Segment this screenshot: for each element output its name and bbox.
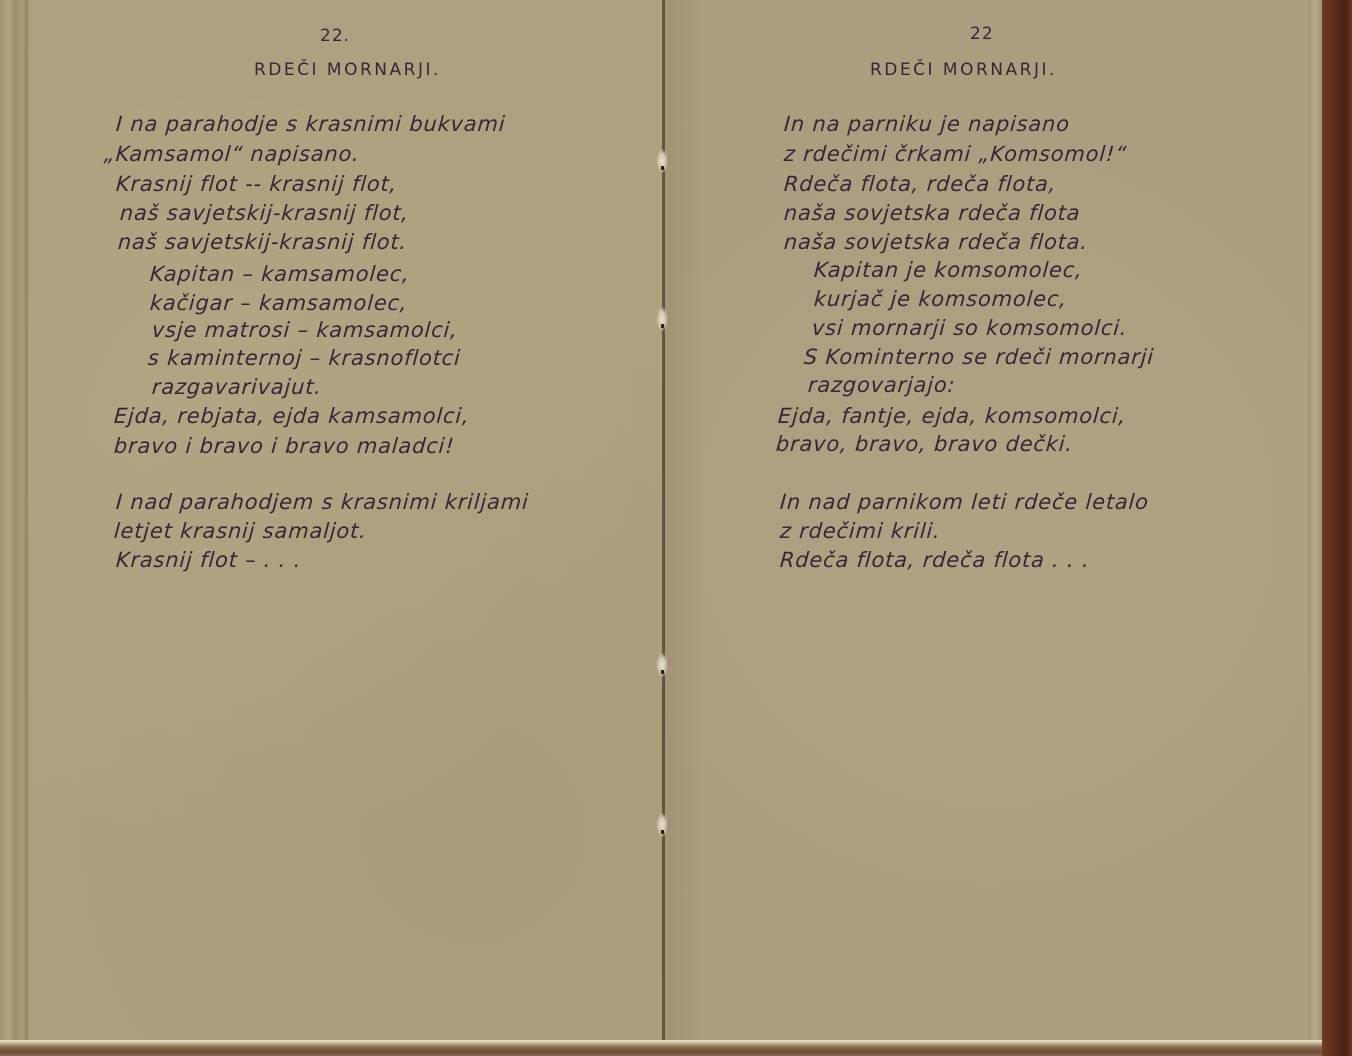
- left-page: 22. RDEČI MORNARJI. I na parahodje s kra…: [28, 0, 664, 1040]
- verse-line: kurjač je komsomolec,: [813, 287, 1067, 311]
- verse-line: In na parniku je napisano: [783, 112, 1071, 136]
- left-page-number: 22.: [320, 26, 350, 46]
- verse-line: Rdeča flota, rdeča flota . . .: [779, 548, 1090, 572]
- verse-line: s kaminternoj – krasnoflotci: [147, 346, 461, 370]
- verse-line: razgovarjajo:: [807, 373, 956, 397]
- verse-line: naša sovjetska rdeča flota.: [783, 230, 1089, 254]
- verse-line: I nad parahodjem s krasnimi kriljami: [115, 490, 529, 514]
- book-bottom-edge: [0, 1040, 1322, 1056]
- left-page-title: RDEČI MORNARJI.: [254, 60, 441, 80]
- verse-line: kačigar – kamsamolec,: [149, 291, 408, 315]
- binding-stitch: [656, 812, 668, 838]
- verse-line: bravo, bravo, bravo dečki.: [775, 432, 1074, 456]
- verse-line: bravo i bravo i bravo maladci!: [113, 434, 455, 458]
- binding-stitch: [656, 306, 668, 332]
- verse-line: naš savjetskij-krasnij flot.: [117, 230, 408, 254]
- verse-line: Kapitan – kamsamolec,: [149, 262, 410, 286]
- right-page-stack-edge: [1308, 0, 1322, 1042]
- verse-line: naša sovjetska rdeča flota: [783, 201, 1081, 225]
- book-spread: 22. RDEČI MORNARJI. I na parahodje s kra…: [0, 0, 1352, 1056]
- verse-line: Krasnij flot -- krasnij flot,: [115, 172, 398, 196]
- verse-line: I na parahodje s krasnimi bukvami: [115, 112, 506, 136]
- right-page: 22 RDEČI MORNARJI. In na parniku je napi…: [664, 0, 1310, 1040]
- verse-line: naš savjetskij-krasnij flot,: [119, 201, 410, 225]
- verse-line: z rdečimi krili.: [779, 519, 941, 543]
- book-cover-edge: [1322, 0, 1352, 1056]
- right-page-title: RDEČI MORNARJI.: [870, 60, 1057, 80]
- verse-line: Kapitan je komsomolec,: [813, 258, 1083, 282]
- verse-line: Rdeča flota, rdeča flota,: [783, 172, 1057, 196]
- verse-line: Krasnij flot – . . .: [115, 548, 302, 572]
- binding-stitch: [656, 148, 668, 174]
- verse-line: Ejda, rebjata, ejda kamsamolci,: [113, 404, 470, 428]
- binding-stitch: [656, 652, 668, 678]
- verse-line: S Kominterno se rdeči mornarji: [803, 345, 1155, 369]
- verse-line: „Kamsamol“ napisano.: [103, 142, 360, 166]
- verse-line: letjet krasnij samaljot.: [113, 519, 367, 543]
- verse-line: Ejda, fantje, ejda, komsomolci,: [777, 404, 1127, 428]
- verse-line: z rdečimi črkami „Komsomol!“: [783, 142, 1128, 166]
- verse-line: vsje matrosi – kamsamolci,: [151, 318, 458, 342]
- left-page-stack-edge: [0, 0, 28, 1042]
- verse-line: In nad parnikom leti rdeče letalo: [779, 490, 1150, 514]
- verse-line: razgavarivajut.: [151, 375, 323, 399]
- verse-line: vsi mornarji so komsomolci.: [811, 316, 1128, 340]
- right-page-number: 22: [970, 24, 994, 44]
